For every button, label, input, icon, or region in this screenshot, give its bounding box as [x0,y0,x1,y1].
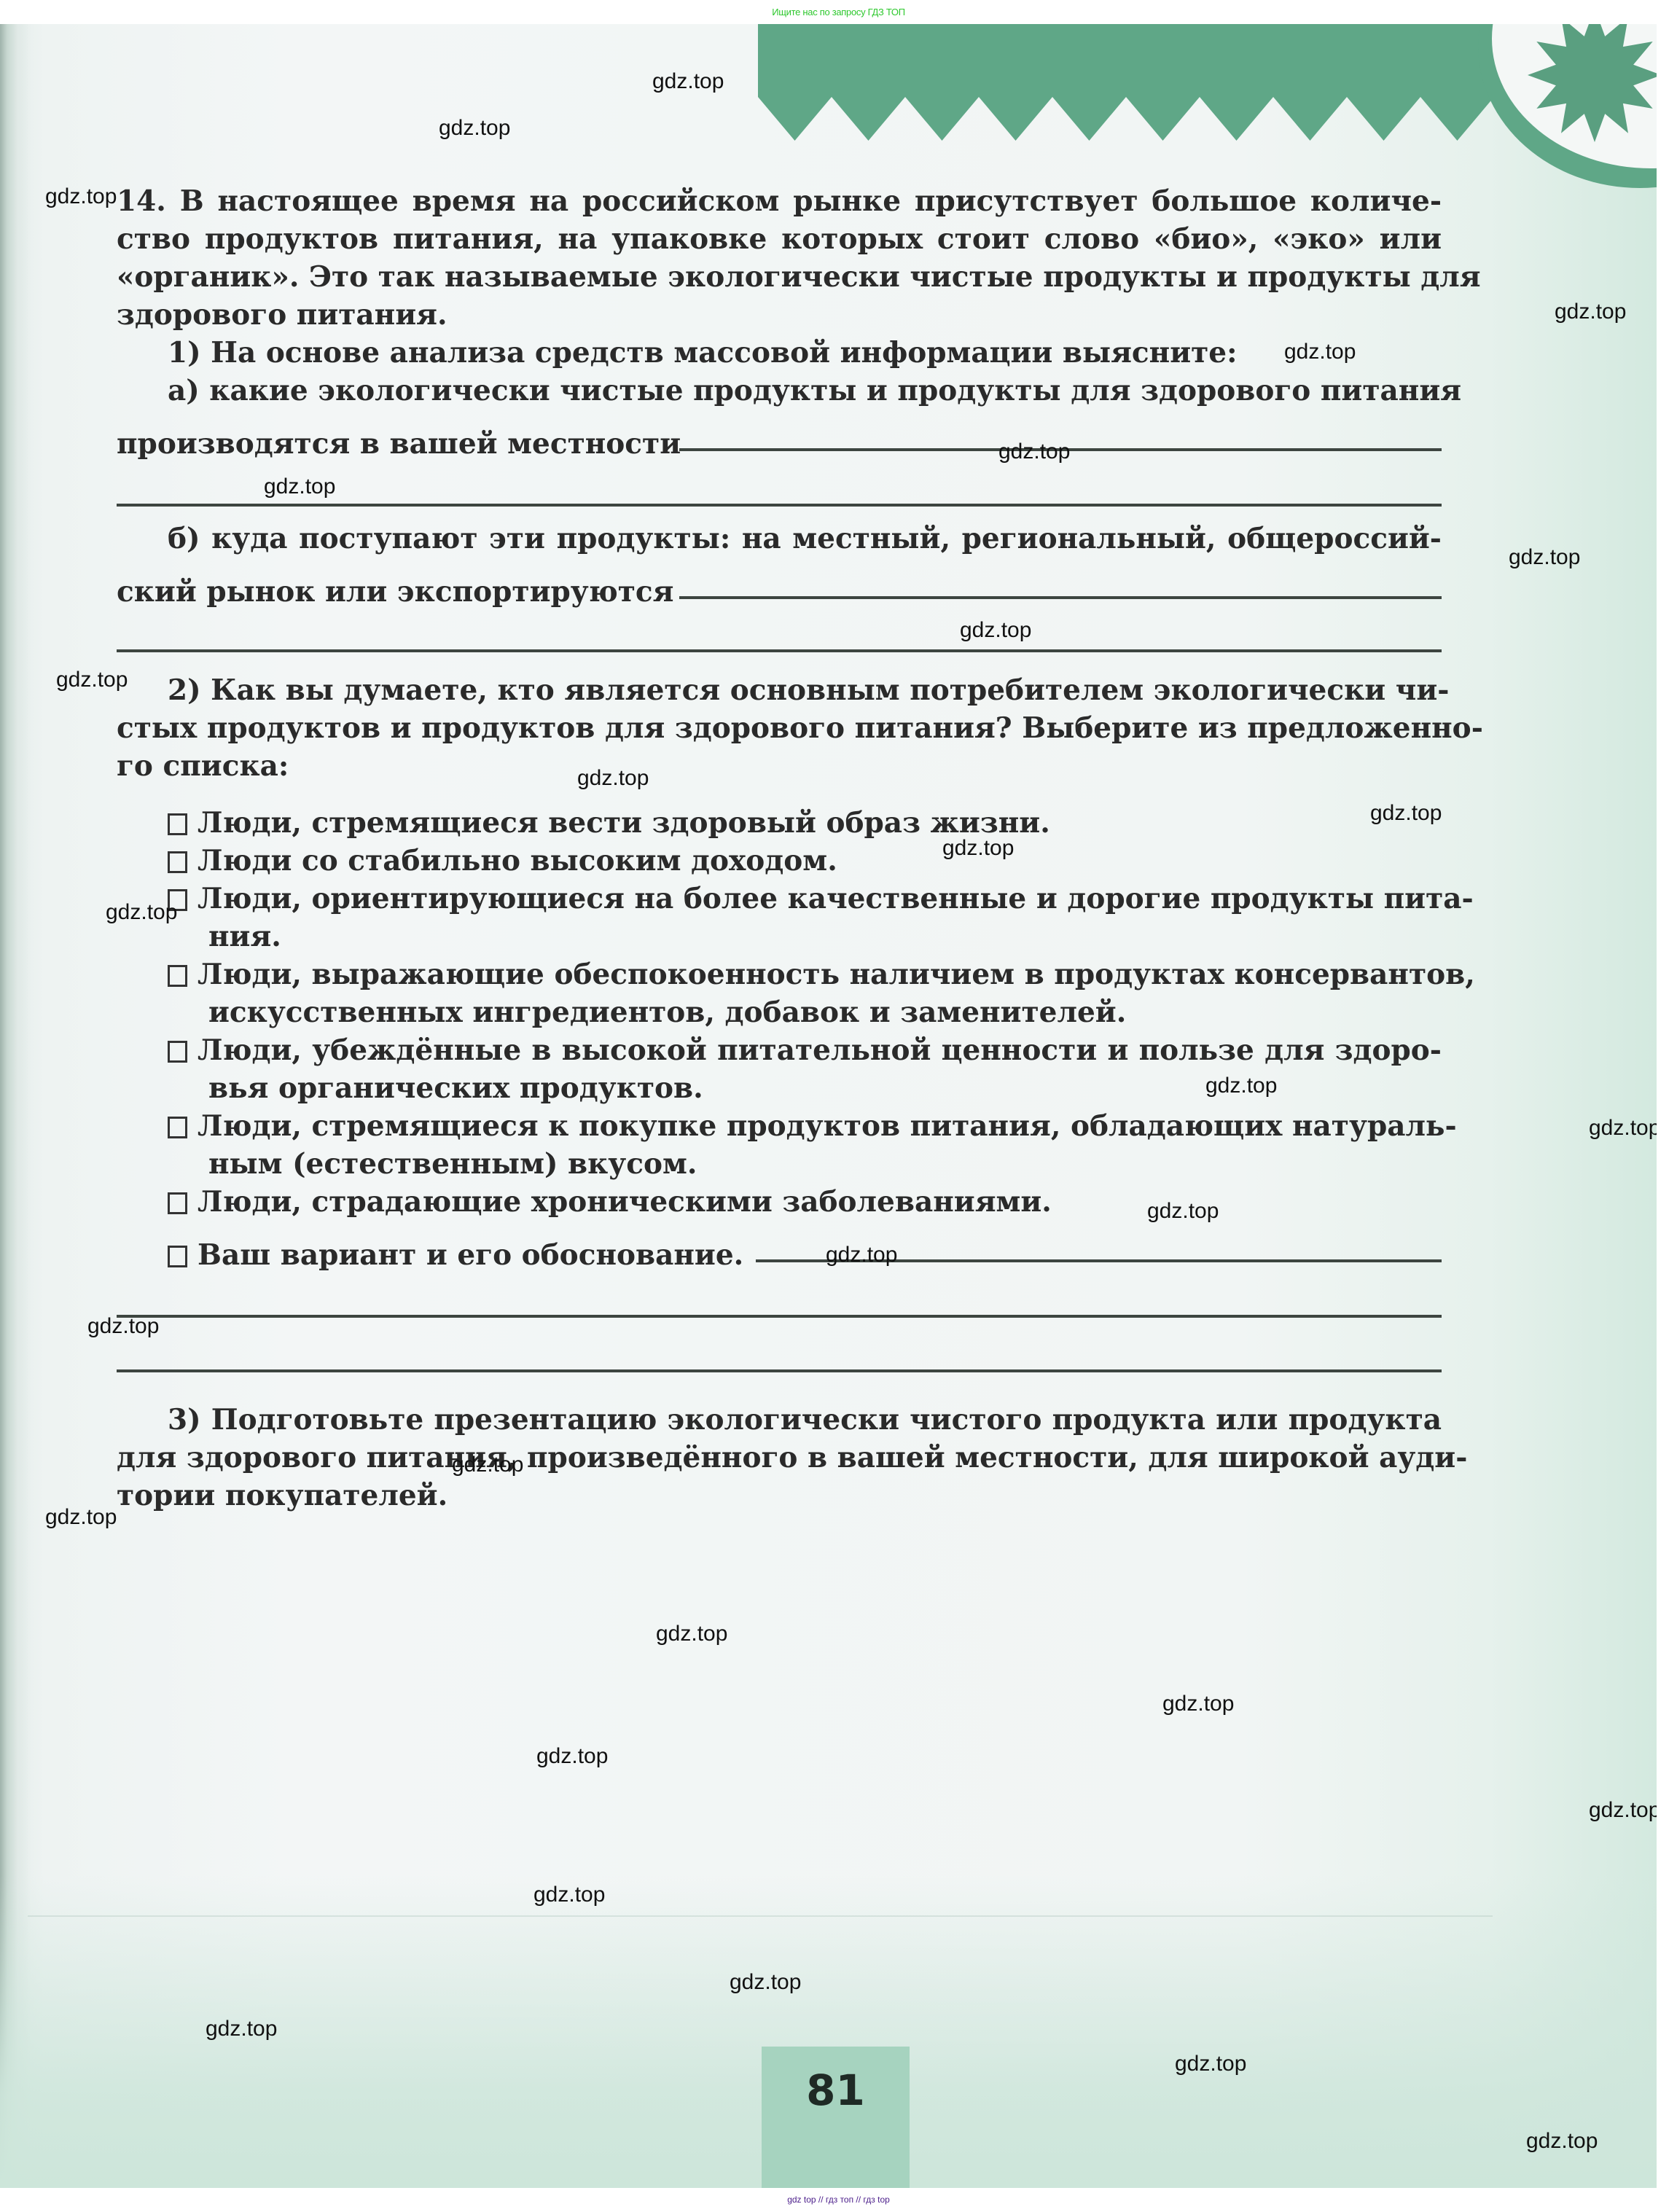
watermark: gdz.top [1589,1798,1657,1823]
watermark: gdz.top [264,474,335,499]
answer-line-1b-2[interactable] [117,649,1442,652]
footer-links[interactable]: gdz top // гдз топ // гдз top [0,2188,1677,2212]
task-intro-line-4: здорового питания. [117,296,1442,334]
option-6-checkbox[interactable] [168,1117,187,1138]
page-number-box: 81 [762,2047,910,2188]
textbook-page: 14. В настоящее время на российском рынк… [0,24,1657,2188]
part1-a-line-2: производятся в вашей местности [117,425,681,463]
watermark: gdz.top [1509,545,1580,570]
watermark: gdz.top [452,1453,523,1477]
watermark: gdz.top [656,1622,727,1646]
answer-line-2-3[interactable] [117,1369,1442,1372]
part2-heading-line-2: стых продуктов и продуктов для здорового… [117,709,1442,747]
task-intro-line-3: «органик». Это так называемые экологичес… [117,258,1442,296]
watermark: gdz.top [56,668,128,692]
watermark: gdz.top [106,900,177,925]
watermark: gdz.top [1175,2052,1246,2076]
part3-line-1: 3) Подготовьте презентацию экологически … [168,1401,1442,1439]
part1-heading: 1) На основе анализа средств массовой ин… [168,334,1442,372]
watermark: gdz.top [1370,801,1442,826]
watermark: gdz.top [439,116,510,141]
decorative-zigzag-banner [758,24,1494,141]
watermark: gdz.top [533,1883,605,1907]
watermark: gdz.top [1205,1074,1277,1098]
watermark: gdz.top [942,836,1014,861]
watermark: gdz.top [206,2017,277,2041]
watermark: gdz.top [652,69,724,94]
page-number: 81 [762,2066,910,2115]
answer-line-1b-1[interactable] [679,596,1442,599]
part2-heading-line-3: го списка: [117,747,1442,785]
watermark: gdz.top [577,766,649,791]
part1-a-line-1: а) какие экологически чистые продукты и … [168,372,1442,410]
star-emblem-icon [1465,24,1657,199]
option-1[interactable]: Люди, стремящиеся вести здоровый образ ж… [168,804,1442,842]
option-5[interactable]: Люди, убеждённые в высокой питательной ц… [168,1031,1442,1069]
watermark: gdz.top [536,1744,608,1769]
part1-b-line-2: ский рынок или экспортируются [117,573,673,611]
answer-line-1a-2[interactable] [117,504,1442,507]
watermark: gdz.top [45,1505,117,1530]
option-8-own-variant[interactable]: Ваш вариант и его обоснование. [168,1236,743,1274]
watermark: gdz.top [1589,1116,1657,1141]
option-2[interactable]: Люди со стабильно высоким доходом. [168,842,1442,880]
answer-line-2-2[interactable] [117,1315,1442,1318]
watermark: gdz.top [1147,1199,1219,1224]
watermark: gdz.top [45,184,117,209]
watermark: gdz.top [1555,300,1626,324]
option-7-checkbox[interactable] [168,1192,187,1214]
option-4[interactable]: Люди, выражающие обеспокоенность наличие… [168,955,1442,993]
part1-b-line-1: б) куда поступают эти продукты: на местн… [168,520,1442,558]
part2-heading-line-1: 2) Как вы думаете, кто является основным… [168,671,1442,709]
option-3[interactable]: Люди, ориентирующиеся на более качествен… [168,880,1442,918]
watermark: gdz.top [826,1243,897,1267]
option-5-checkbox[interactable] [168,1041,187,1063]
task-intro-line-1: 14. В настоящее время на российском рынк… [117,182,1442,220]
top-search-banner[interactable]: Ищите нас по запросу ГДЗ ТОП [0,0,1677,24]
option-6[interactable]: Люди, стремящиеся к покупке продуктов пи… [168,1107,1442,1145]
option-2-checkbox[interactable] [168,851,187,873]
watermark: gdz.top [1162,1692,1234,1716]
watermark: gdz.top [730,1970,801,1995]
watermark: gdz.top [960,618,1031,643]
watermark: gdz.top [1284,340,1356,364]
task-intro-line-2: ство продуктов питания, на упаковке кото… [117,220,1442,258]
part3-line-2: для здорового питания, произведённого в … [117,1439,1442,1477]
option-1-checkbox[interactable] [168,813,187,835]
watermark: gdz.top [1526,2129,1598,2154]
option-4-checkbox[interactable] [168,965,187,987]
watermark: gdz.top [87,1314,159,1339]
option-6-continuation: ным (естественным) вкусом. [208,1145,1442,1183]
task-number: 14. [117,184,166,218]
option-8-checkbox[interactable] [168,1246,187,1267]
option-4-continuation: искусственных ингредиентов, добавок и за… [208,993,1442,1031]
option-3-continuation: ния. [208,918,1442,955]
watermark: gdz.top [998,439,1070,464]
part3-line-3: тории покупателей. [117,1477,1442,1515]
option-7[interactable]: Люди, страдающие хроническими заболевани… [168,1183,1442,1221]
